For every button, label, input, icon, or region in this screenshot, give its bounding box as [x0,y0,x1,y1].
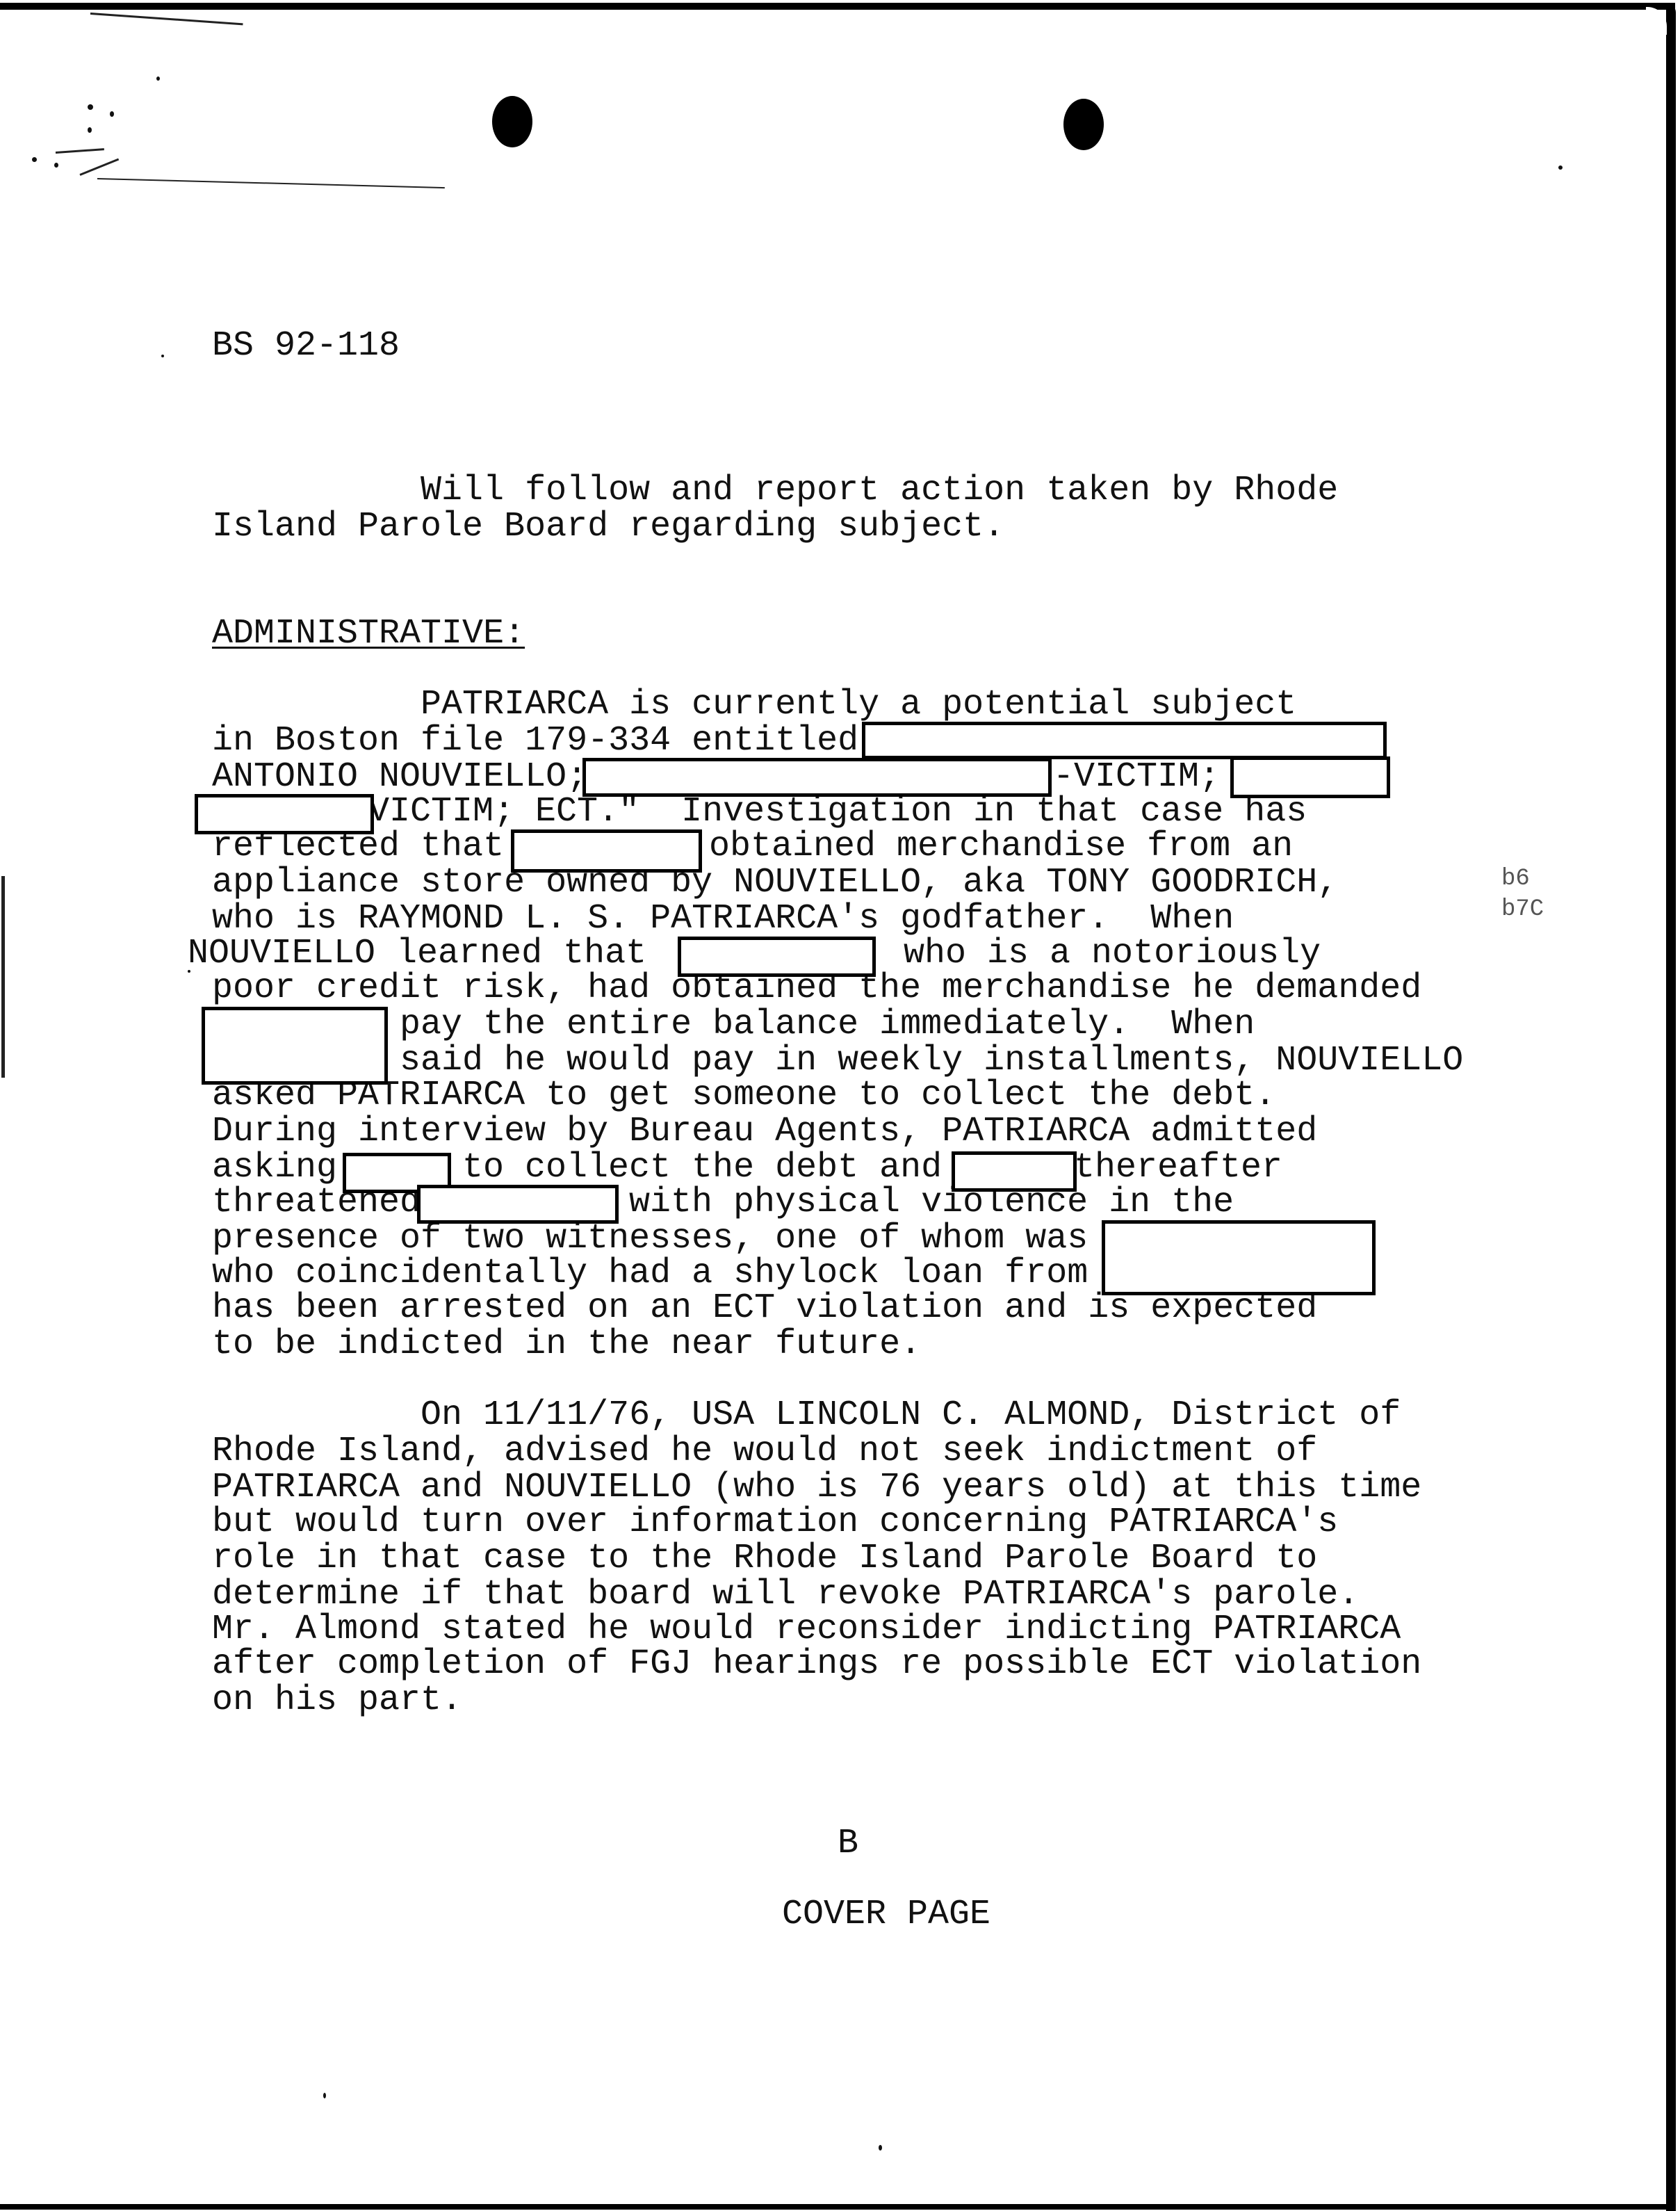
scan-artifact [1558,165,1563,170]
paragraph-line: who coincidentally had a shylock loan fr… [212,1256,1088,1292]
punch-hole-left [492,96,532,147]
exemption-code: b7C [1501,896,1544,923]
file-number: BS 92-118 [212,328,400,364]
paragraph-line: During interview by Bureau Agents, PATRI… [212,1114,1317,1150]
exemption-code: b6 [1501,865,1530,893]
redaction-box [582,758,1052,797]
paragraph-line: Will follow and report action taken by R… [212,473,1338,509]
scan-artifact [323,2093,326,2098]
paragraph-line: Mr. Almond stated he would reconsider in… [212,1612,1401,1648]
paragraph-line: PATRIARCA and NOUVIELLO (who is 76 years… [212,1470,1421,1506]
paragraph-line: thereafter [1074,1150,1282,1186]
paragraph-line: with physical violence in the [629,1185,1234,1221]
scan-artifact [88,104,93,110]
paragraph-line: asking [212,1150,337,1186]
paragraph-line: who is a notoriously [883,936,1321,972]
paragraph-line: -VICTIM; [1053,759,1220,795]
punch-hole-right [1063,99,1104,150]
paragraph-line: after completion of FGJ hearings re poss… [212,1646,1421,1683]
scan-border-corner [1646,7,1667,35]
paragraph-line: who is RAYMOND L. S. PATRIARCA's godfath… [212,901,1234,937]
paragraph-line: Rhode Island, advised he would not seek … [212,1434,1317,1470]
redaction-box [1102,1220,1376,1295]
scan-artifact [88,127,92,133]
paragraph-line: appliance store owned by NOUVIELLO, aka … [212,865,1338,901]
paragraph-line: NOUVIELLO learned that [188,936,646,972]
scan-artifact [110,111,114,117]
paragraph-line: but would turn over information concerni… [212,1505,1338,1541]
scan-border-top [0,3,1675,10]
scan-artifact [879,2145,882,2151]
redaction-box [952,1151,1077,1192]
paragraph-line: role in that case to the Rhode Island Pa… [212,1541,1317,1577]
paragraph-line: pay the entire balance immediately. When [400,1007,1255,1043]
paragraph-line: to be indicted in the near future. [212,1327,921,1363]
scan-artifact [90,13,243,25]
paragraph-line: determine if that board will revoke PATR… [212,1577,1359,1613]
paragraph-line: VICTIM; ECT." Investigation in that case… [368,794,1307,830]
redaction-box [678,937,876,977]
redaction-box [1230,756,1390,798]
page-letter: B [838,1826,858,1862]
scan-artifact [156,76,160,81]
scan-artifact [32,157,37,162]
scan-artifact [79,159,119,176]
left-margin-mark [1,876,5,1078]
section-heading: ADMINISTRATIVE: [212,616,525,652]
scan-artifact [97,178,445,188]
scan-border-right [1666,3,1676,2211]
scan-border-bottom [0,2204,1675,2210]
footer-label: COVER PAGE [782,1897,990,1933]
paragraph-line: has been arrested on an ECT violation an… [212,1290,1317,1327]
paragraph-line: presence of two witnesses, one of whom w… [212,1221,1088,1257]
paragraph-line: PATRIARCA is currently a potential subje… [212,687,1296,723]
document-page: BS 92-118 Will follow and report action … [0,0,1680,2211]
redaction-box [511,829,702,873]
paragraph-line: to collect the debt and [462,1150,942,1186]
scan-artifact [54,163,58,168]
redaction-box [417,1185,619,1224]
paragraph-line: on his part. [212,1683,462,1719]
paragraph-line: ANTONIO NOUVIELLO; [212,759,587,795]
redaction-box [202,1007,388,1085]
redaction-box [195,794,374,834]
paragraph-line: in Boston file 179-334 entitled [212,723,858,759]
paragraph-line: said he would pay in weekly installments… [400,1043,1463,1079]
scan-artifact [161,355,164,357]
redaction-box [862,722,1387,759]
paragraph-line: Island Parole Board regarding subject. [212,509,1004,545]
scan-artifact [56,148,104,154]
paragraph-line: On 11/11/76, USA LINCOLN C. ALMOND, Dist… [212,1398,1401,1434]
paragraph-line: obtained merchandise from an [709,829,1293,865]
